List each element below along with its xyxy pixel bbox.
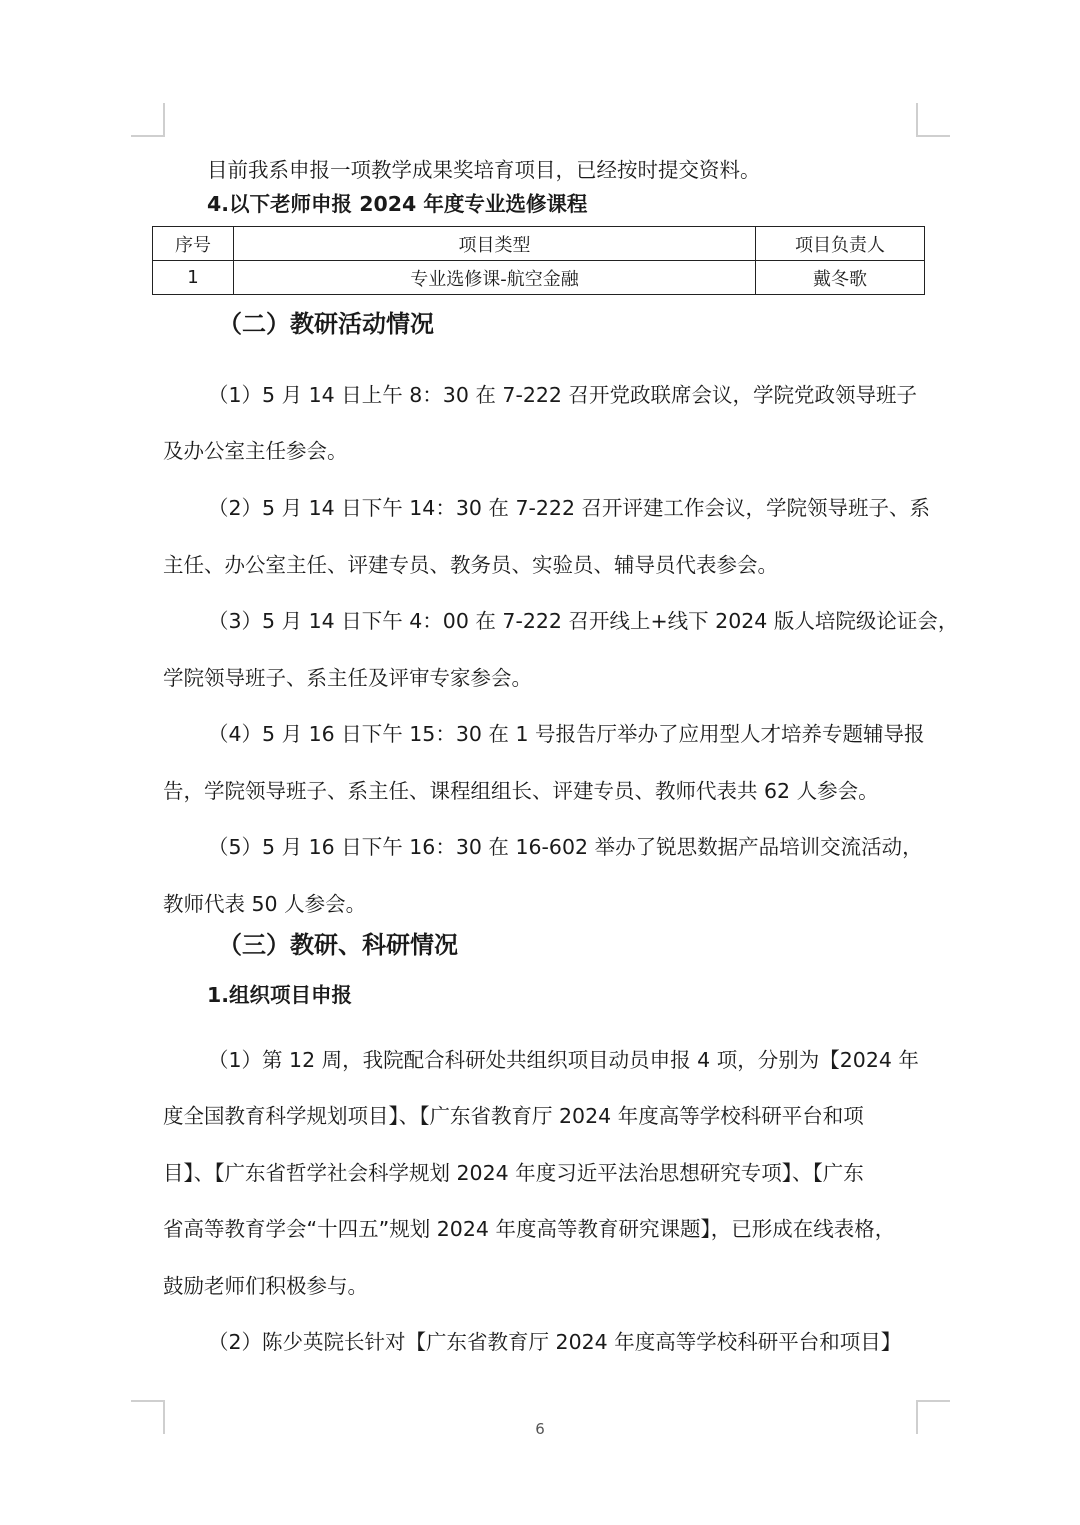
header-cell: 序号 — [153, 227, 234, 261]
header-cell: 项目类型 — [234, 227, 756, 261]
activity-5-line2: 教师代表 50 人参会。 — [163, 890, 366, 918]
sub1-heading: 1.组织项目申报 — [207, 981, 352, 1009]
para1-line4: 省高等教育学会“十四五”规划 2024 年度高等教育研究课题】，已形成在线表格， — [163, 1215, 895, 1243]
para1-line1: （1）第 12 周，我院配合科研处共组织项目动员申报 4 项，分别为【2024 … — [208, 1046, 919, 1074]
crop-mark-top-right — [916, 103, 950, 137]
page-number: 6 — [0, 1420, 1080, 1438]
crop-mark-top-left — [131, 103, 165, 137]
section3-heading: （三）教研、科研情况 — [218, 929, 458, 961]
activity-1-line2: 及办公室主任参会。 — [163, 437, 348, 465]
activity-2-line1: （2）5 月 14 日下午 14：30 在 7-222 召开评建工作会议，学院领… — [208, 494, 930, 522]
para2-line1: （2）陈少英院长针对【广东省教育厅 2024 年度高等学校科研平台和项目】 — [208, 1328, 901, 1356]
para1-line2: 度全国教育科学规划项目】、【广东省教育厅 2024 年度高等学校科研平台和项 — [163, 1102, 864, 1130]
elective-course-table: 序号 项目类型 项目负责人 1 专业选修课-航空金融 戴冬歌 — [152, 226, 925, 295]
section2-heading: （二）教研活动情况 — [218, 308, 434, 340]
activity-5-line1: （5）5 月 16 日下午 16：30 在 16-602 举办了锐思数据产品培训… — [208, 833, 923, 861]
para1-line3: 目】、【广东省哲学社会科学规划 2024 年度习近平法治思想研究专项】、【广东 — [163, 1159, 864, 1187]
table-header-row: 序号 项目类型 项目负责人 — [153, 227, 925, 261]
intro-line: 目前我系申报一项教学成果奖培育项目，已经按时提交资料。 — [207, 156, 761, 184]
activity-4-line1: （4）5 月 16 日下午 15：30 在 1 号报告厅举办了应用型人才培养专题… — [208, 720, 925, 748]
section4-heading: 4.以下老师申报 2024 年度专业选修课程 — [207, 190, 587, 218]
table-cell: 戴冬歌 — [756, 261, 925, 295]
header-cell: 项目负责人 — [756, 227, 925, 261]
table-cell: 1 — [153, 261, 234, 295]
table-cell: 专业选修课-航空金融 — [234, 261, 756, 295]
table-row: 1 专业选修课-航空金融 戴冬歌 — [153, 261, 925, 295]
para1-line5: 鼓励老师们积极参与。 — [163, 1272, 368, 1300]
activity-3-line2: 学院领导班子、系主任及评审专家参会。 — [163, 664, 532, 692]
activity-1-line1: （1）5 月 14 日上午 8：30 在 7-222 召开党政联席会议，学院党政… — [208, 381, 917, 409]
activity-4-line2: 告，学院领导班子、系主任、课程组组长、评建专员、教师代表共 62 人参会。 — [163, 777, 879, 805]
activity-3-line1: （3）5 月 14 日下午 4：00 在 7-222 召开线上+线下 2024 … — [208, 607, 958, 635]
activity-2-line2: 主任、办公室主任、评建专员、教务员、实验员、辅导员代表参会。 — [163, 551, 778, 579]
